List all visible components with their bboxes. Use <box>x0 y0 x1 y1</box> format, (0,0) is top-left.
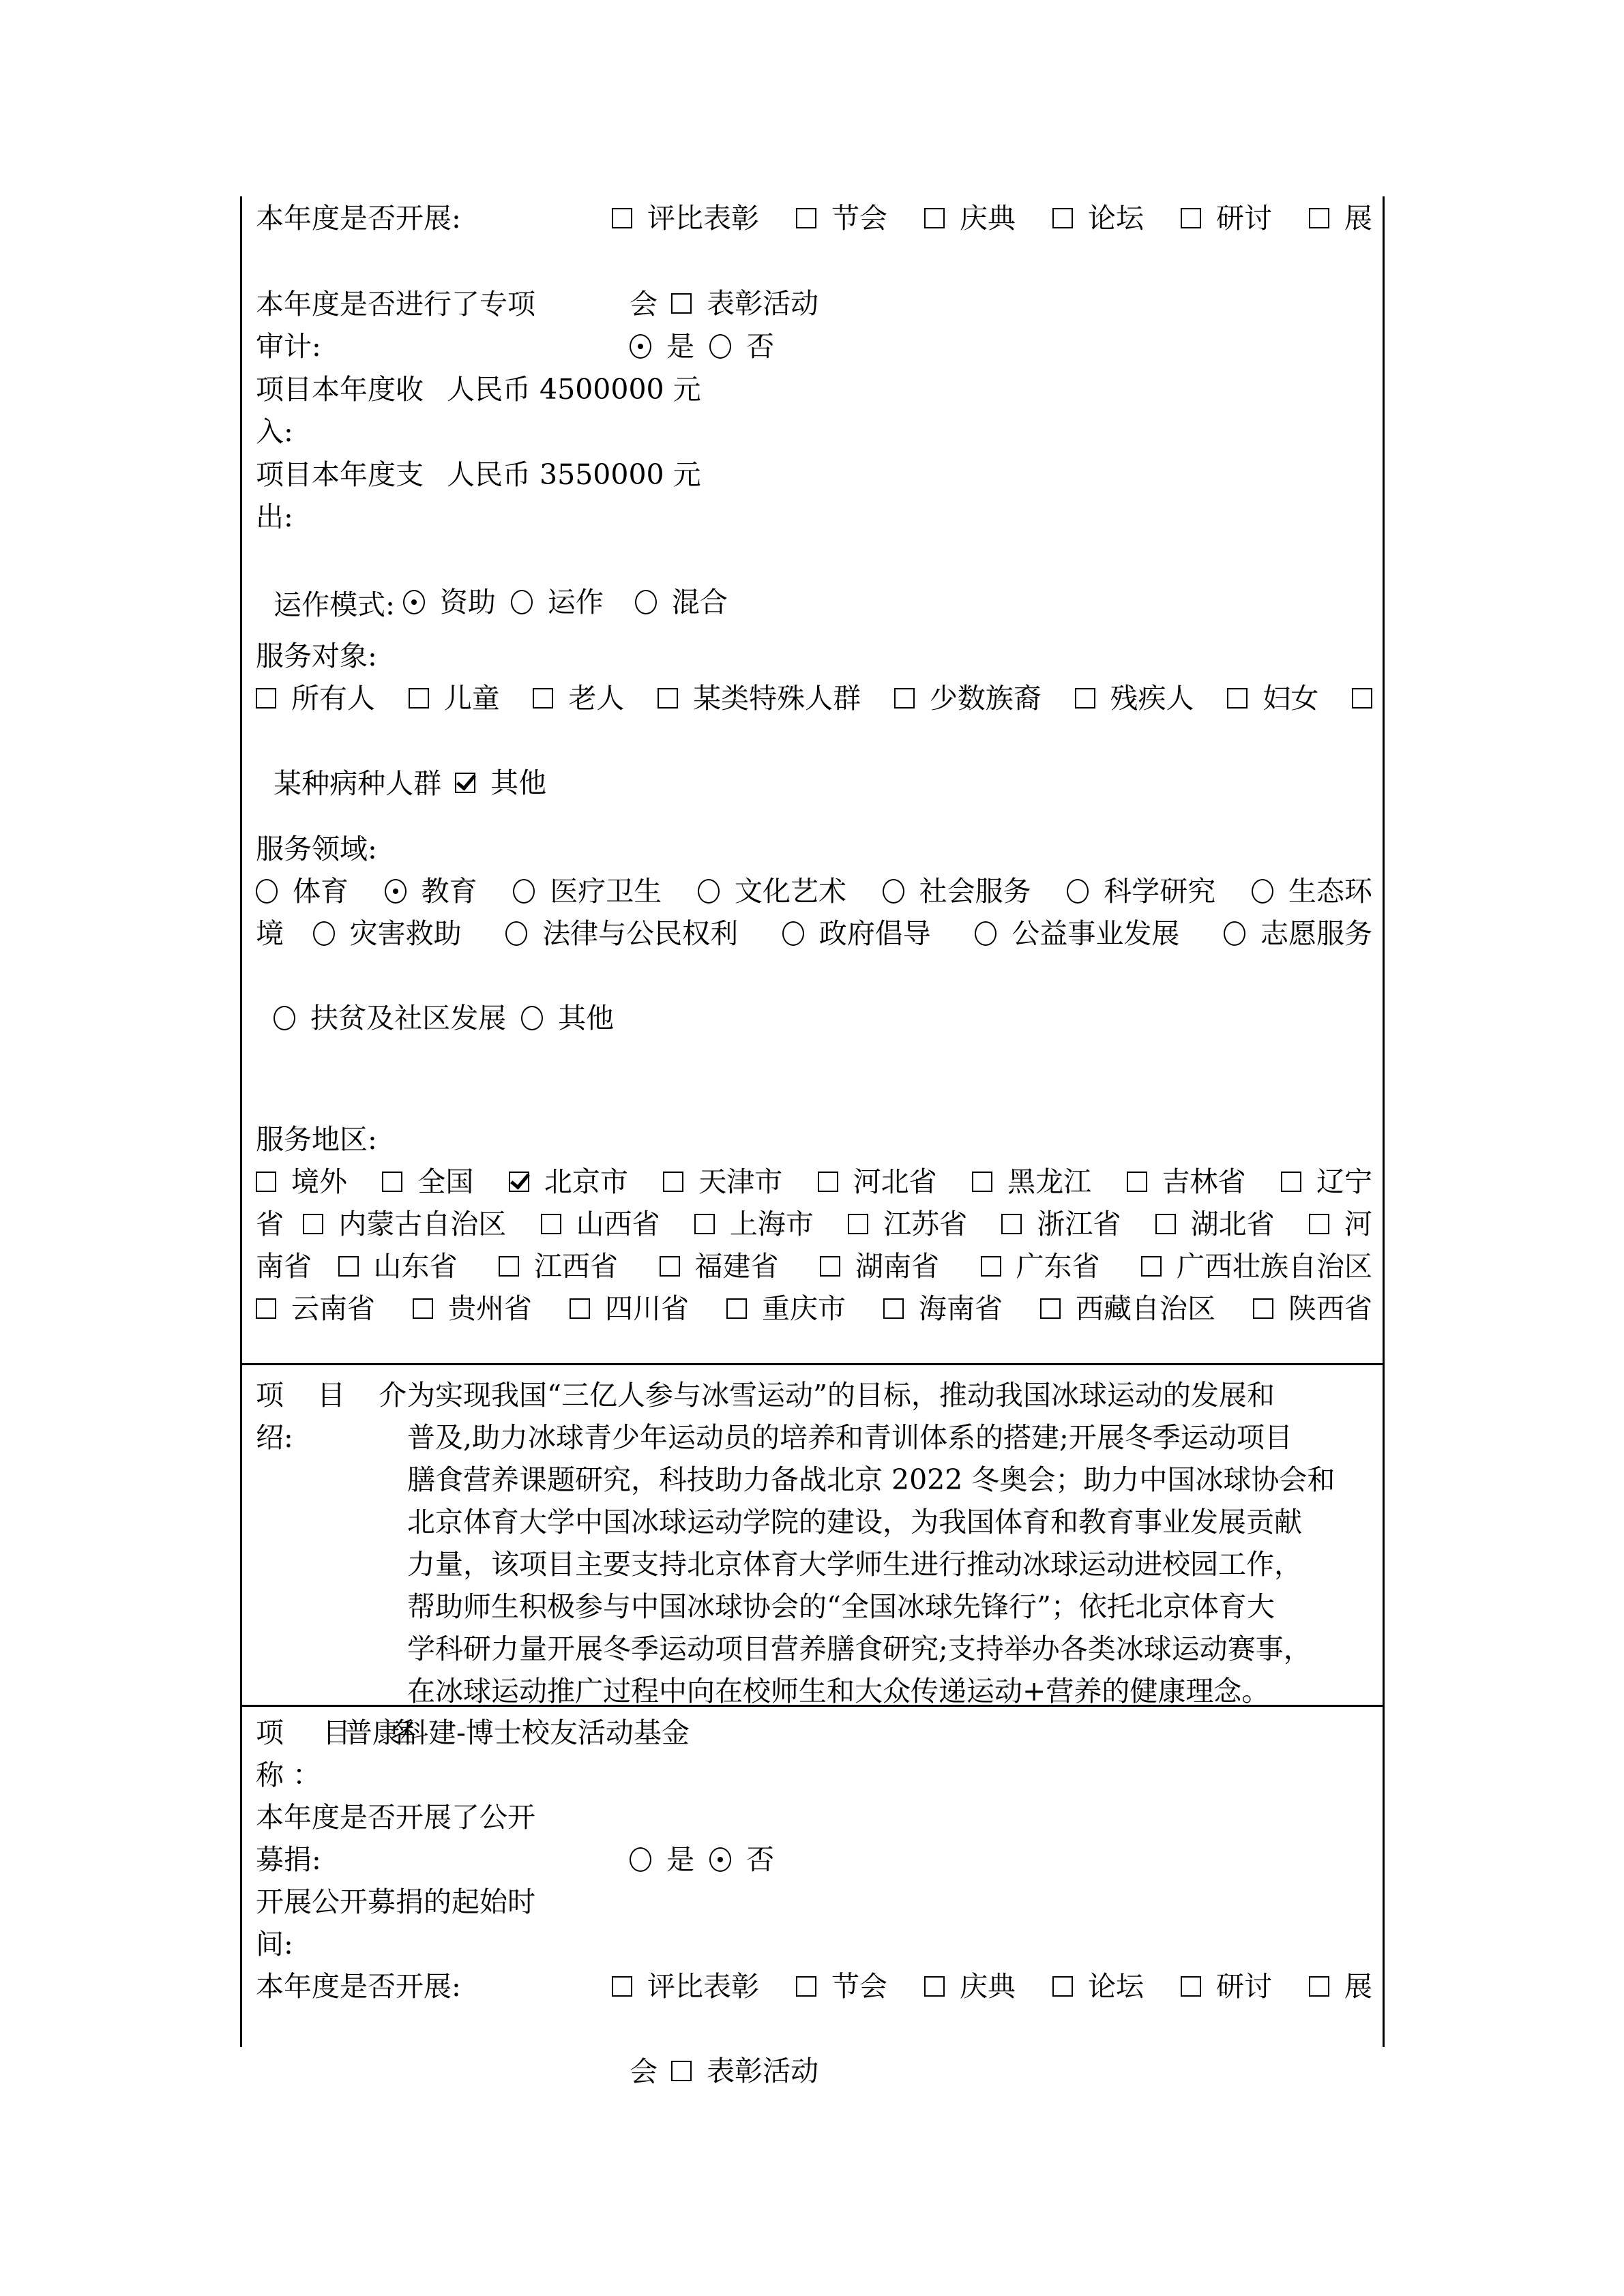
checkbox-icon[interactable] <box>303 1214 323 1234</box>
service-field-option[interactable]: 医疗卫生 <box>513 870 662 912</box>
region-option[interactable]: 境外 <box>256 1161 347 1203</box>
region-option[interactable]: 云南省 <box>256 1287 375 1330</box>
region-option[interactable]: 山东省 <box>338 1245 458 1287</box>
activity-option[interactable]: 节会 <box>796 197 887 239</box>
region-option[interactable]: 吉林省 <box>1127 1161 1246 1203</box>
service-regions-row4: 云南省 贵州省 四川省 重庆市 海南省 西藏自治区 陕西省 <box>256 1287 1372 1330</box>
intro-line: 帮助师生积极参与中国冰球协会的“全国冰球先锋行”；依托北京体育大 <box>407 1585 1275 1628</box>
service-target-option[interactable]: 少数族裔 <box>894 677 1042 719</box>
operation-mode-option[interactable]: 运作 <box>511 581 604 623</box>
service-field-option[interactable]: 法律与公民权利 <box>505 912 738 955</box>
radio-icon[interactable] <box>709 334 731 359</box>
radio-icon[interactable] <box>1224 921 1245 946</box>
region-option[interactable]: 西藏自治区 <box>1040 1287 1215 1330</box>
checkbox-icon[interactable] <box>972 1172 992 1192</box>
region-option[interactable]: 黑龙江 <box>972 1161 1091 1203</box>
service-targets-label: 服务对象: <box>256 635 377 677</box>
service-fields-row3: 扶贫及社区发展其他 <box>256 955 614 997</box>
checkbox-icon[interactable] <box>1281 1172 1301 1192</box>
service-targets-row1: 所有人 儿童 老人 某类特殊人群 少数族裔 残疾人 妇女 <box>256 677 1372 719</box>
expense-label-cont: 出: <box>256 496 293 538</box>
region-option[interactable]: 山西省 <box>541 1203 660 1245</box>
checkbox-icon[interactable] <box>612 1976 632 1997</box>
checkbox-icon[interactable] <box>818 1172 838 1192</box>
checkbox-icon[interactable] <box>981 1256 1001 1277</box>
intro-line: 普及,助力冰球青少年运动员的培养和青训体系的搭建;开展冬季运动项目 <box>407 1416 1293 1459</box>
checkbox-checked-icon[interactable] <box>455 773 475 793</box>
fundraising-start-label: 开展公开募捐的起始时 <box>256 1881 535 1923</box>
radio-icon[interactable] <box>635 590 657 614</box>
checkbox-icon[interactable] <box>1181 1976 1201 1997</box>
expense-label: 项目本年度支 <box>256 453 424 496</box>
checkbox-icon[interactable] <box>1309 1976 1329 1997</box>
radio-icon[interactable] <box>256 879 278 904</box>
radio-icon[interactable] <box>698 879 720 904</box>
audit-label-cont: 审计: <box>256 325 321 368</box>
checkbox-icon[interactable] <box>1052 1976 1073 1997</box>
public-fundraising-label-cont: 募捐: <box>256 1838 321 1881</box>
region-option[interactable]: 浙江省 <box>1001 1203 1121 1245</box>
region-option[interactable]: 重庆市 <box>726 1287 846 1330</box>
activities-label: 本年度是否开展: <box>256 197 461 239</box>
activity-option[interactable]: 研讨 <box>1181 197 1272 239</box>
checkbox-icon[interactable] <box>660 1256 680 1277</box>
service-field-option[interactable]: 体育 <box>256 870 349 912</box>
radio-icon[interactable] <box>505 921 527 946</box>
public-fundraising-radio-group: 是否 <box>612 1796 774 1838</box>
region-option-beijing[interactable]: 北京市 <box>509 1161 628 1203</box>
checkbox-icon[interactable] <box>671 2061 692 2081</box>
activity-option[interactable]: 评比表彰 <box>612 197 759 239</box>
service-field-option[interactable]: 社会服务 <box>883 870 1031 912</box>
radio-icon[interactable] <box>274 1006 295 1030</box>
checkbox-icon[interactable] <box>1127 1172 1147 1192</box>
radio-selected-icon[interactable] <box>403 590 425 614</box>
radio-icon[interactable] <box>782 921 804 946</box>
service-target-option[interactable]: 残疾人 <box>1075 677 1194 719</box>
radio-icon[interactable] <box>975 921 996 946</box>
service-field-option[interactable]: 志愿服务 <box>1224 912 1372 955</box>
service-field-option[interactable]: 教育 <box>385 870 477 912</box>
service-field-option[interactable]: 扶贫及社区发展 <box>274 997 506 1039</box>
income-label-cont: 入: <box>256 411 293 453</box>
fundraising-no-radio[interactable]: 否 <box>709 1838 774 1881</box>
activity-option[interactable]: 论坛 <box>1052 1965 1144 2008</box>
checkbox-icon[interactable] <box>1253 1298 1273 1319</box>
service-target-option[interactable] <box>1352 677 1372 719</box>
region-option[interactable]: 江苏省 <box>848 1203 967 1245</box>
service-field-option[interactable]: 政府倡导 <box>782 912 931 955</box>
audit-label: 本年度是否进行了专项 <box>256 283 535 325</box>
income-label: 项目本年度收 <box>256 368 424 411</box>
checkbox-icon[interactable] <box>382 1172 402 1192</box>
intro-label: 项 目 介 <box>256 1374 419 1416</box>
checkbox-icon[interactable] <box>1141 1256 1162 1277</box>
service-target-option[interactable]: 某类特殊人群 <box>658 677 861 719</box>
row-divider-regions-intro <box>240 1363 1385 1365</box>
checkbox-icon[interactable] <box>796 1976 816 1997</box>
checkbox-icon[interactable] <box>1075 688 1095 709</box>
checkbox-icon[interactable] <box>1052 208 1073 228</box>
activities-options-row2: 会表彰活动 <box>612 240 818 282</box>
region-option[interactable]: 辽宁 <box>1281 1161 1372 1203</box>
region-option[interactable]: 陕西省 <box>1253 1287 1372 1330</box>
checkbox-icon[interactable] <box>1227 688 1247 709</box>
checkbox-icon[interactable] <box>256 688 276 709</box>
service-target-option[interactable]: 妇女 <box>1227 677 1318 719</box>
table-left-border <box>240 196 242 2047</box>
activity-option[interactable]: 论坛 <box>1052 197 1144 239</box>
checkbox-icon[interactable] <box>1040 1298 1061 1319</box>
checkbox-icon[interactable] <box>1181 208 1201 228</box>
region-option[interactable]: 四川省 <box>570 1287 689 1330</box>
public-fundraising-label: 本年度是否开展了公开 <box>256 1796 535 1838</box>
intro-line: 北京体育大学中国冰球运动学院的建设，为我国体育和教育事业发展贡献 <box>407 1501 1302 1543</box>
service-target-option[interactable]: 老人 <box>533 677 624 719</box>
activities2-options-row2: 会表彰活动 <box>612 2008 818 2050</box>
radio-selected-icon[interactable] <box>709 1847 731 1872</box>
region-option[interactable]: 湖北省 <box>1155 1203 1275 1245</box>
region-option[interactable]: 天津市 <box>663 1161 782 1203</box>
radio-selected-icon[interactable] <box>630 334 651 359</box>
radio-icon[interactable] <box>513 879 535 904</box>
activities-options-row1: 评比表彰 节会 庆典 论坛 研讨 展 <box>612 197 1372 239</box>
checkbox-icon[interactable] <box>1001 1214 1022 1234</box>
region-option[interactable]: 内蒙古自治区 <box>303 1203 506 1245</box>
radio-icon[interactable] <box>1252 879 1273 904</box>
region-option[interactable]: 全国 <box>382 1161 473 1203</box>
project-name-label-cont: 称 ： <box>256 1754 321 1796</box>
audit-yes-radio[interactable]: 是 <box>630 325 694 368</box>
checkbox-icon[interactable] <box>499 1256 519 1277</box>
activity-option[interactable]: 评比表彰 <box>612 1965 759 2008</box>
checkbox-checked-icon[interactable] <box>509 1172 529 1192</box>
activity-option[interactable]: 庆典 <box>924 1965 1016 2008</box>
operation-mode-option[interactable]: 混合 <box>635 581 728 623</box>
expense-value: 人民币 3550000 元 <box>447 453 701 496</box>
activity-option-exhibition[interactable]: 展 <box>1309 1965 1372 2008</box>
checkbox-icon[interactable] <box>409 688 429 709</box>
checkbox-icon[interactable] <box>1352 688 1372 709</box>
service-field-option[interactable]: 灾害救助 <box>313 912 462 955</box>
service-target-option-other[interactable]: 其他 <box>455 762 546 804</box>
service-fields-label: 服务领域: <box>256 828 377 870</box>
radio-icon[interactable] <box>313 921 335 946</box>
checkbox-icon[interactable] <box>663 1172 683 1192</box>
service-target-option[interactable]: 所有人 <box>256 677 375 719</box>
activity-option-exhibition[interactable]: 展 <box>1309 197 1372 239</box>
service-fields-row1: 体育 教育 医疗卫生 文化艺术 社会服务 科学研究 生态环 <box>256 870 1372 912</box>
checkbox-icon[interactable] <box>1309 1214 1329 1234</box>
service-targets-row2: 某种病种人群其他 <box>256 719 546 762</box>
activities2-label: 本年度是否开展: <box>256 1965 461 2008</box>
fundraising-yes-radio[interactable]: 是 <box>630 1838 694 1881</box>
checkbox-icon[interactable] <box>1309 208 1329 228</box>
operation-mode-option[interactable]: 资助 <box>403 581 496 623</box>
radio-selected-icon[interactable] <box>385 879 407 904</box>
checkbox-icon[interactable] <box>726 1298 747 1319</box>
radio-icon[interactable] <box>521 1006 543 1030</box>
income-value: 人民币 4500000 元 <box>447 368 701 411</box>
fundraising-start-label-cont: 间: <box>256 1923 293 1965</box>
checkbox-icon[interactable] <box>570 1298 590 1319</box>
radio-icon[interactable] <box>630 1847 651 1872</box>
activity-option[interactable]: 庆典 <box>924 197 1016 239</box>
intro-label-cont: 绍: <box>256 1416 293 1459</box>
checkbox-icon[interactable] <box>924 208 945 228</box>
service-regions-row2: 省 内蒙古自治区 山西省 上海市 江苏省 浙江省 湖北省 河 <box>256 1203 1372 1245</box>
region-option[interactable]: 贵州省 <box>413 1287 532 1330</box>
intro-line: 在冰球运动推广过程中向在校师生和大众传递运动+营养的健康理念。 <box>407 1670 1269 1712</box>
intro-line: 力量，该项目主要支持北京体育大学师生进行推动冰球运动进校园工作， <box>407 1543 1302 1585</box>
radio-icon[interactable] <box>1067 879 1089 904</box>
operation-mode-row: 运作模式:资助运作混合 <box>256 539 728 581</box>
region-option[interactable]: 湖南省 <box>820 1245 939 1287</box>
region-option[interactable]: 河北省 <box>818 1161 937 1203</box>
radio-icon[interactable] <box>883 879 904 904</box>
service-regions-row3: 南省 山东省 江西省 福建省 湖南省 广东省 广西壮族自治区 <box>256 1245 1372 1287</box>
checkbox-icon[interactable] <box>883 1298 904 1319</box>
checkbox-icon[interactable] <box>1155 1214 1176 1234</box>
service-field-option[interactable]: 生态环 <box>1252 870 1372 912</box>
operation-mode-label: 运作模式: <box>274 588 395 621</box>
checkbox-icon[interactable] <box>848 1214 868 1234</box>
service-regions-label: 服务地区: <box>256 1118 377 1161</box>
table-right-border <box>1383 196 1385 2047</box>
service-field-option[interactable]: 科学研究 <box>1067 870 1215 912</box>
activity-option[interactable]: 表彰活动 <box>671 2050 818 2092</box>
checkbox-icon[interactable] <box>894 688 915 709</box>
service-target-option[interactable]: 儿童 <box>409 677 500 719</box>
checkbox-icon[interactable] <box>924 1976 945 1997</box>
checkbox-icon[interactable] <box>658 688 678 709</box>
checkbox-icon[interactable] <box>256 1172 276 1192</box>
audit-radio-group: 是否 <box>612 283 774 325</box>
checkbox-icon[interactable] <box>533 688 553 709</box>
region-option[interactable]: 河 <box>1309 1203 1372 1245</box>
region-option[interactable]: 广西壮族自治区 <box>1141 1245 1372 1287</box>
service-field-option[interactable]: 文化艺术 <box>698 870 846 912</box>
service-regions-row1: 境外 全国 北京市 天津市 河北省 黑龙江 吉林省 辽宁 <box>256 1161 1372 1203</box>
checkbox-icon[interactable] <box>820 1256 840 1277</box>
region-option[interactable]: 海南省 <box>883 1287 1003 1330</box>
intro-line: 膳食营养课题研究，科技助力备战北京 2022 冬奥会；助力中国冰球协会和 <box>407 1459 1335 1501</box>
activity-option[interactable]: 研讨 <box>1181 1965 1272 2008</box>
service-fields-row2: 境 灾害救助 法律与公民权利 政府倡导 公益事业发展 志愿服务 <box>256 912 1372 955</box>
region-option[interactable]: 福建省 <box>660 1245 779 1287</box>
checkbox-icon[interactable] <box>541 1214 561 1234</box>
activity-option[interactable]: 节会 <box>796 1965 887 2008</box>
checkbox-icon[interactable] <box>612 208 632 228</box>
intro-line: 学科研力量开展冬季运动项目营养膳食研究;支持举办各类冰球运动赛事， <box>407 1628 1312 1670</box>
service-field-option[interactable]: 其他 <box>521 997 614 1039</box>
activities2-options-row1: 评比表彰 节会 庆典 论坛 研讨 展 <box>612 1965 1372 2008</box>
project-name-value: 普康科建-博士校友活动基金 <box>344 1712 690 1754</box>
region-option[interactable]: 江西省 <box>499 1245 618 1287</box>
checkbox-icon[interactable] <box>256 1298 276 1319</box>
service-regions-row5: 甘肃省新疆维吾尔自治区青海省宁夏回族自治区安徽省 <box>256 1330 1217 1363</box>
intro-line: 为实现我国“三亿人参与冰雪运动”的目标，推动我国冰球运动的发展和 <box>407 1374 1275 1416</box>
service-field-option[interactable]: 公益事业发展 <box>975 912 1179 955</box>
checkbox-icon[interactable] <box>694 1214 715 1234</box>
checkbox-icon[interactable] <box>338 1256 359 1277</box>
checkbox-icon[interactable] <box>413 1298 433 1319</box>
radio-icon[interactable] <box>511 590 533 614</box>
region-option[interactable]: 广东省 <box>981 1245 1100 1287</box>
region-option[interactable]: 上海市 <box>694 1203 814 1245</box>
audit-no-radio[interactable]: 否 <box>709 325 774 368</box>
checkbox-icon[interactable] <box>796 208 816 228</box>
